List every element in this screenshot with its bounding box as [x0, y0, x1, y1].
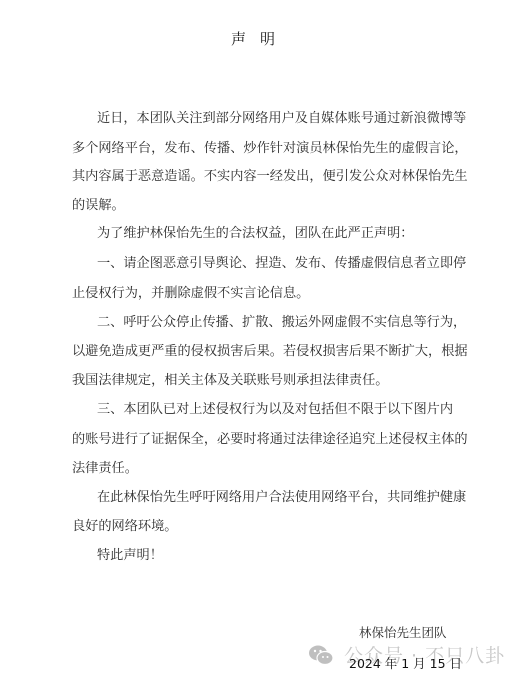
- body-line: 我国法律规定，相关主体及关联账号则承担法律责任。: [72, 372, 389, 390]
- body-line: 止侵权行为，并删除虚假不实言论信息。: [72, 285, 309, 303]
- signature: 林保怡先生团队: [359, 623, 447, 641]
- body-line: 二、呼吁公众停止传播、扩散、搬运外网虚假不实信息等行为，: [97, 314, 466, 332]
- body-line: 在此林保怡先生呼吁网络用户合法使用网络平台，共同维护健康: [97, 489, 466, 507]
- body-line: 其内容属于恶意造谣。不实内容一经发出，便引发公众对林保怡先生: [72, 168, 468, 186]
- body-line: 以避免造成更严重的侵权损害后果。若侵权损害后果不断扩大，根据: [72, 343, 468, 361]
- statement-title: 声明: [0, 28, 520, 49]
- body-line: 一、请企图恶意引导舆论、捏造、发布、传播虚假信息者立即停: [97, 255, 466, 273]
- wechat-icon: [308, 644, 334, 666]
- body-line: 多个网络平台，发布、传播、炒作针对演员林保怡先生的虚假言论，: [72, 140, 468, 158]
- body-line: 特此声明！: [97, 547, 163, 565]
- body-line: 三、本团队已对上述侵权行为以及对包括但不限于以下图片内: [97, 401, 453, 419]
- body-line: 近日，本团队关注到部分网络用户及自媒体账号通过新浪微博等: [97, 110, 466, 128]
- body-line: 的误解。: [72, 197, 125, 215]
- body-line: 良好的网络环境。: [72, 518, 178, 536]
- body-line: 法律责任。: [72, 460, 138, 478]
- date: 2024 年 1 月 15 日: [349, 654, 462, 672]
- body-line: 的账号进行了证据保全，必要时将通过法律途径追究上述侵权主体的: [72, 431, 468, 449]
- body-line: 为了维护林保怡先生的合法权益，团队在此严正声明：: [97, 225, 414, 243]
